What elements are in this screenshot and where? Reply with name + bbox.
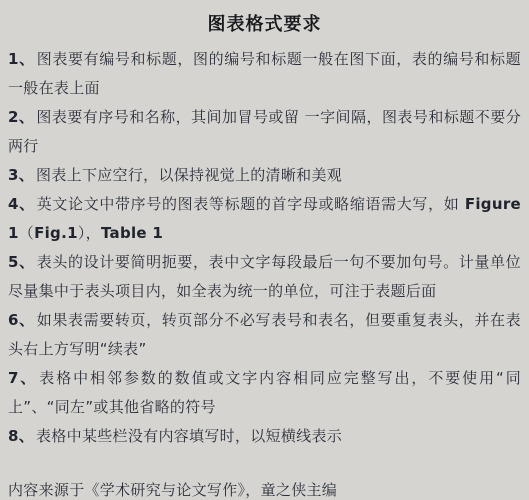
- rule-item: 4、英文论文中带序号的图表等标题的首字母或略缩语需大写，如 Figure 1（F…: [8, 190, 521, 248]
- item-text: 英文论文中带序号的图表等标题的首字母或略缩语需大写，如: [37, 195, 465, 213]
- item-number: 2、: [8, 108, 34, 126]
- item-text: 图表上下应空行，以保持视觉上的清晰和美观: [36, 166, 342, 184]
- item-text: 表格中某些栏没有内容填写时，以短横线表示: [36, 427, 342, 445]
- item-text: 表头的设计要简明扼要，表中文字每段最后一句不要加句号。计量单位尽量集中于表头项目…: [8, 253, 521, 300]
- rule-item: 6、如果表需要转页，转页部分不必写表号和表名，但要重复表头，并在表头右上方写明“…: [8, 306, 521, 364]
- rule-item: 5、表头的设计要简明扼要，表中文字每段最后一句不要加句号。计量单位尽量集中于表头…: [8, 248, 521, 306]
- rule-list: 1、图表要有编号和标题，图的编号和标题一般在图下面，表的编号和标题一般在表上面2…: [8, 45, 521, 451]
- rule-item: 8、表格中某些栏没有内容填写时，以短横线表示: [8, 422, 521, 451]
- item-number: 5、: [8, 253, 35, 271]
- item-text: 如果表需要转页，转页部分不必写表号和表名，但要重复表头，并在表头右上方写明“续表…: [8, 311, 521, 358]
- source-note: 内容来源于《学术研究与论文写作》，童之侠主编: [8, 476, 521, 500]
- item-number: 3、: [8, 166, 34, 184]
- item-text: 表格中相邻参数的数值或文字内容相同应完整写出，不要使用“同上”、“同左”或其他省…: [8, 369, 521, 416]
- item-text: 图表要有编号和标题，图的编号和标题一般在图下面，表的编号和标题一般在表上面: [8, 50, 521, 97]
- document-page: 图表格式要求 1、图表要有编号和标题，图的编号和标题一般在图下面，表的编号和标题…: [0, 0, 529, 500]
- item-text: （: [19, 224, 34, 242]
- item-number: 1、: [8, 50, 35, 68]
- latin-bold-text: Fig.1: [34, 224, 78, 242]
- item-text: ），: [78, 224, 101, 242]
- rule-item: 2、图表要有序号和名称，其间加冒号或留 一字间隔，图表号和标题不要分两行: [8, 103, 521, 161]
- latin-bold-text: Table 1: [101, 224, 163, 242]
- rule-item: 3、图表上下应空行，以保持视觉上的清晰和美观: [8, 161, 521, 190]
- rule-item: 1、图表要有编号和标题，图的编号和标题一般在图下面，表的编号和标题一般在表上面: [8, 45, 521, 103]
- rule-item: 7、表格中相邻参数的数值或文字内容相同应完整写出，不要使用“同上”、“同左”或其…: [8, 364, 521, 422]
- page-title: 图表格式要求: [8, 10, 521, 36]
- item-number: 6、: [8, 311, 35, 329]
- item-number: 7、: [8, 369, 37, 387]
- item-number: 4、: [8, 195, 35, 213]
- item-number: 8、: [8, 427, 34, 445]
- item-text: 图表要有序号和名称，其间加冒号或留 一字间隔，图表号和标题不要分两行: [8, 108, 521, 155]
